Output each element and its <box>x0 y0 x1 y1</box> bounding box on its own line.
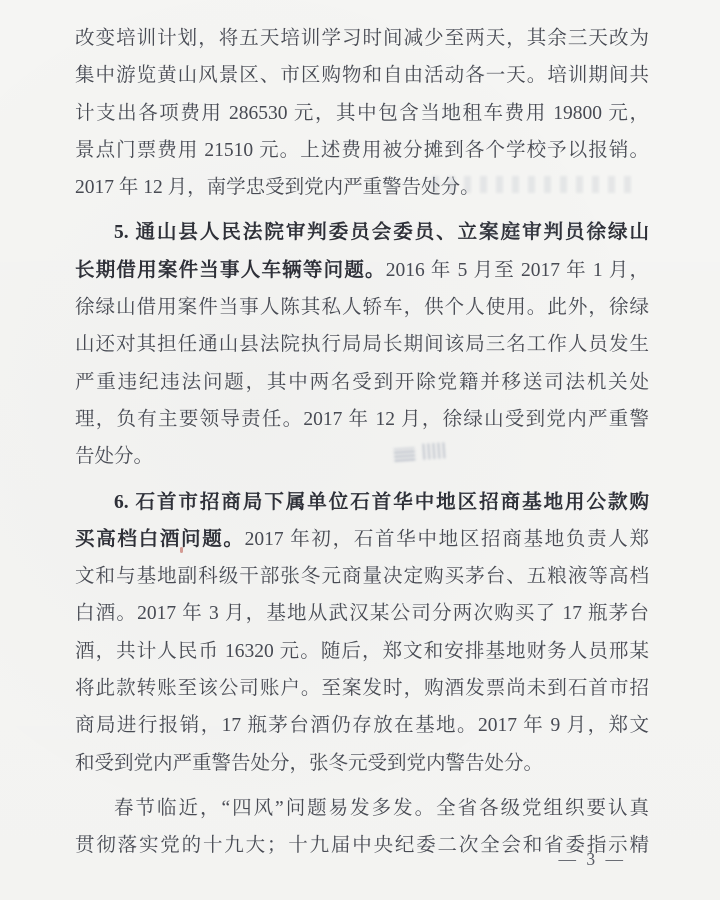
text-line: 买高档白酒问题。2017 年初，石首华中地区招商基地负责人郑 <box>75 521 649 558</box>
text-segment: 2016 年 5 月至 2017 年 1 月， <box>386 260 649 281</box>
text-segment: 告处分。 <box>75 446 153 467</box>
text-line: 6. 石首市招商局下属单位石首华中地区招商基地用公款购 <box>75 484 649 521</box>
text-segment: 计支出各项费用 286530 元，其中包含当地租车费用 19800 元， <box>75 103 649 124</box>
text-segment: 改变培训计划，将五天培训学习时间减少至两天，其余三天改为 <box>75 28 649 49</box>
text-segment: 和受到党内严重警告处分，张冬元受到党内警告处分。 <box>75 753 543 774</box>
text-segment: 酒，共计人民币 16320 元。随后，郑文和安排基地财务人员邢某 <box>75 641 649 662</box>
paragraph: 5. 通山县人民法院审判委员会委员、立案庭审判员徐绿山长期借用案件当事人车辆等问… <box>75 214 649 475</box>
text-line: 景点门票费用 21510 元。上述费用被分摊到各个学校予以报销。 <box>75 132 649 169</box>
text-segment: 春节临近，“四风”问题易发多发。全省各级党组织要认真 <box>114 798 649 819</box>
paragraph: 改变培训计划，将五天培训学习时间减少至两天，其余三天改为集中游览黄山风景区、市区… <box>75 20 649 206</box>
text-line: 计支出各项费用 286530 元，其中包含当地租车费用 19800 元， <box>75 95 649 132</box>
text-line: 山还对其担任通山县法院执行局局长期间该局三名工作人员发生 <box>75 326 649 363</box>
text-segment: 文和与基地副科级干部张冬元商量决定购买茅台、五粮液等高档 <box>75 566 649 587</box>
text-line: 严重违纪违法问题，其中两名受到开除党籍并移送司法机关处 <box>75 364 649 401</box>
text-segment: 徐绿山借用案件当事人陈其私人轿车，供个人使用。此外，徐绿 <box>75 297 649 318</box>
text-line: 理，负有主要领导责任。2017 年 12 月，徐绿山受到党内严重警 <box>75 401 649 438</box>
text-line: 5. 通山县人民法院审判委员会委员、立案庭审判员徐绿山 <box>75 214 649 251</box>
text-line: 春节临近，“四风”问题易发多发。全省各级党组织要认真 <box>75 790 649 827</box>
text-line: 白酒。2017 年 3 月，基地从武汉某公司分两次购买了 17 瓶茅台 <box>75 595 649 632</box>
text-line: 徐绿山借用案件当事人陈其私人轿车，供个人使用。此外，徐绿 <box>75 289 649 326</box>
text-segment: 集中游览黄山风景区、市区购物和自由活动各一天。培训期间共 <box>75 65 649 86</box>
text-line: 将此款转账至该公司账户。至案发时，购酒发票尚未到石首市招 <box>75 670 649 707</box>
text-segment: 理，负有主要领导责任。2017 年 12 月，徐绿山受到党内严重警 <box>75 409 649 430</box>
bold-text-segment: 5. 通山县人民法院审判委员会委员、立案庭审判员徐绿山 <box>114 222 649 243</box>
bold-text-segment: 买高档白酒问题。 <box>75 529 245 550</box>
text-segment: 景点门票费用 21510 元。上述费用被分摊到各个学校予以报销。 <box>75 140 649 161</box>
text-line: 文和与基地副科级干部张冬元商量决定购买茅台、五粮液等高档 <box>75 558 649 595</box>
text-line: 商局进行报销，17 瓶茅台酒仍存放在基地。2017 年 9 月，郑文 <box>75 707 649 744</box>
text-segment: 2017 年 12 月，南学忠受到党内严重警告处分。 <box>75 177 480 198</box>
scan-speck <box>180 547 183 553</box>
text-line: 长期借用案件当事人车辆等问题。2016 年 5 月至 2017 年 1 月， <box>75 252 649 289</box>
document-text-block: 改变培训计划，将五天培训学习时间减少至两天，其余三天改为集中游览黄山风景区、市区… <box>75 20 649 865</box>
text-segment: 白酒。2017 年 3 月，基地从武汉某公司分两次购买了 17 瓶茅台 <box>75 603 649 624</box>
text-segment: 商局进行报销，17 瓶茅台酒仍存放在基地。2017 年 9 月，郑文 <box>75 715 649 736</box>
bold-text-segment: 6. 石首市招商局下属单位石首华中地区招商基地用公款购 <box>114 492 649 513</box>
text-line: 告处分。 <box>75 438 649 475</box>
text-line: 2017 年 12 月，南学忠受到党内严重警告处分。 <box>75 169 649 206</box>
text-segment: 严重违纪违法问题，其中两名受到开除党籍并移送司法机关处 <box>75 372 649 393</box>
paragraph: 6. 石首市招商局下属单位石首华中地区招商基地用公款购买高档白酒问题。2017 … <box>75 484 649 782</box>
bold-text-segment: 长期借用案件当事人车辆等问题。 <box>75 260 386 281</box>
scanned-document-page: 改变培训计划，将五天培训学习时间减少至两天，其余三天改为集中游览黄山风景区、市区… <box>0 0 720 900</box>
text-line: 集中游览黄山风景区、市区购物和自由活动各一天。培训期间共 <box>75 57 649 94</box>
text-line: 和受到党内严重警告处分，张冬元受到党内警告处分。 <box>75 745 649 782</box>
text-segment: 2017 年初，石首华中地区招商基地负责人郑 <box>245 529 649 550</box>
text-segment: 将此款转账至该公司账户。至案发时，购酒发票尚未到石首市招 <box>75 678 649 699</box>
text-line: 酒，共计人民币 16320 元。随后，郑文和安排基地财务人员邢某 <box>75 633 649 670</box>
text-line: 改变培训计划，将五天培训学习时间减少至两天，其余三天改为 <box>75 20 649 57</box>
page-number: — 3 — <box>559 849 627 870</box>
text-segment: 山还对其担任通山县法院执行局局长期间该局三名工作人员发生 <box>75 334 649 355</box>
